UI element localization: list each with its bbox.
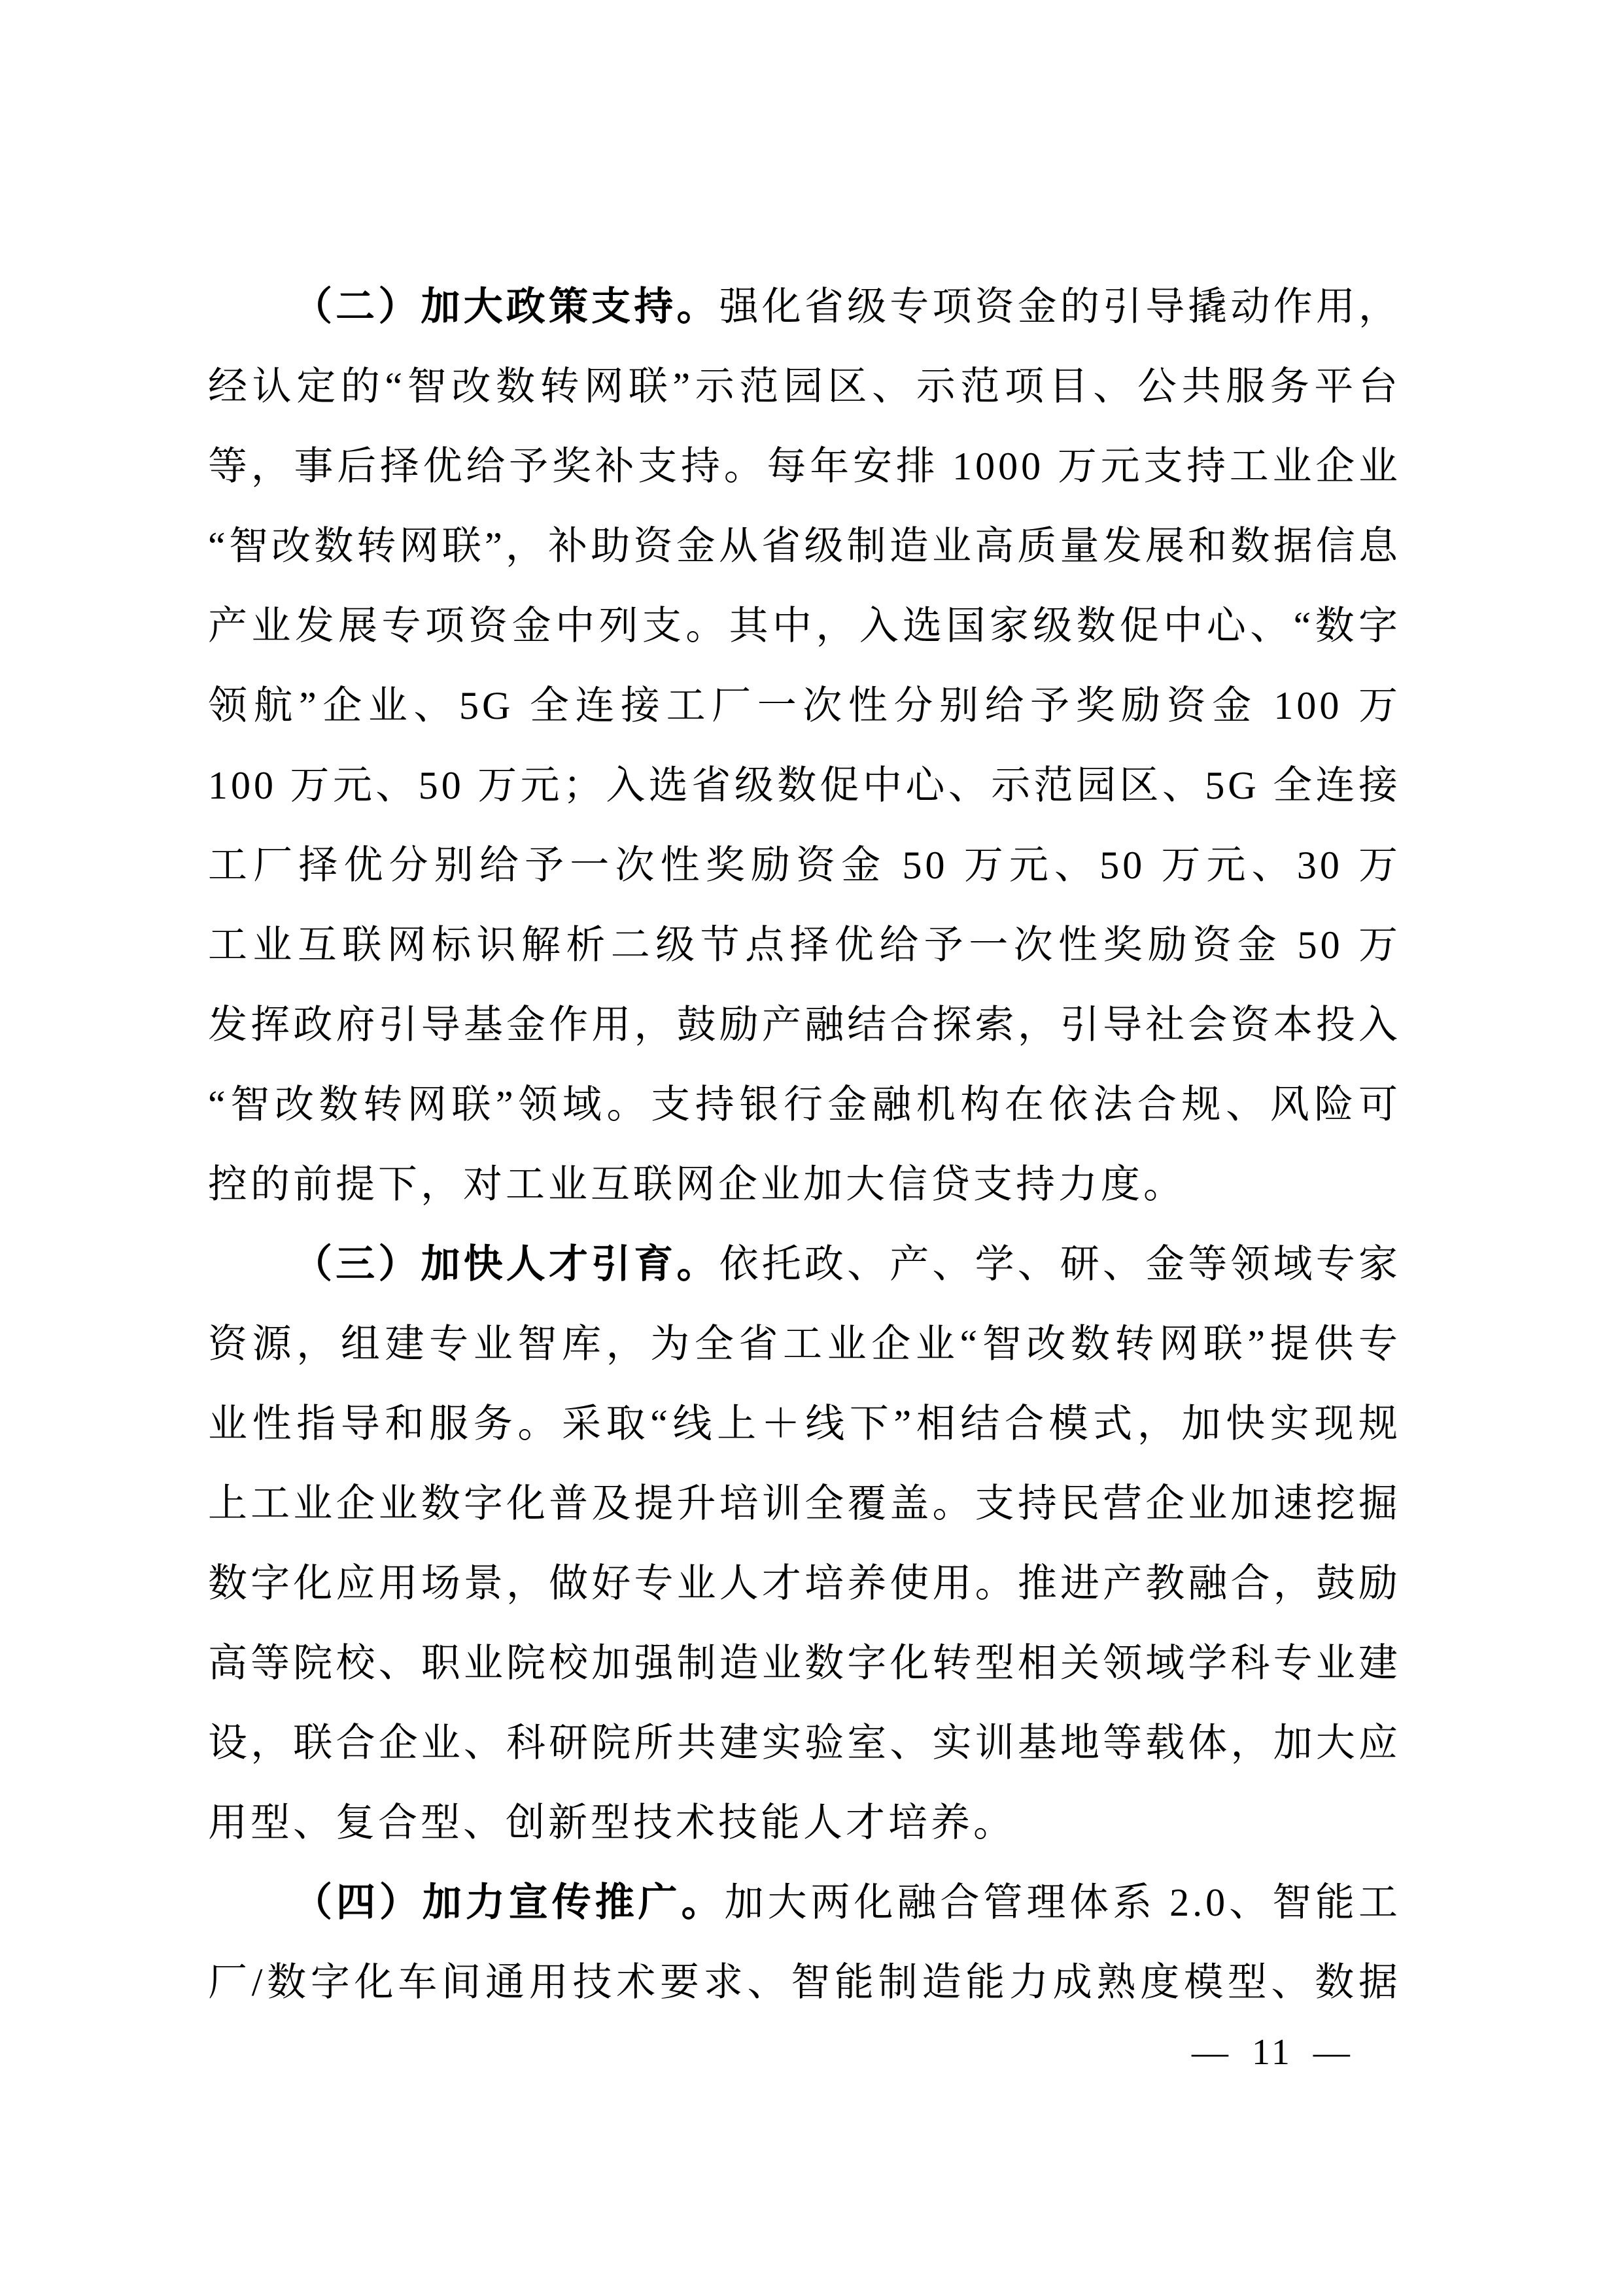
text-line: 100 万元、50 万元；入选省级数促中心、示范园区、5G 全连接: [208, 746, 1401, 825]
line-text: 等，事后择优给予奖补支持。每年安排 1000 万元支持工业企业: [208, 445, 1401, 488]
line-text: 发挥政府引导基金作用，鼓励产融结合探索，引导社会资本投入: [208, 1003, 1401, 1046]
line-text: 控的前提下，对工业互联网企业加大信贷支持力度。: [208, 1163, 1186, 1206]
line-text: 业性指导和服务。采取“线上＋线下”相结合模式，加快实现规: [208, 1402, 1401, 1445]
text-line: 资源，组建专业智库，为全省工业企业“智改数转网联”提供专: [208, 1304, 1401, 1384]
section-heading: （二）加大政策支持。: [293, 285, 719, 328]
line-text: 领航”企业、5G 全连接工厂一次性分别给予奖励资金 100 万元、: [208, 684, 1401, 746]
line-text: “智改数转网联”领域。支持银行金融机构在依法合规、风险可: [208, 1083, 1401, 1126]
page-number: — 11 —: [1192, 2031, 1353, 2073]
text-line: 工业互联网标识解析二级节点择优给予一次性奖励资金 50 万元。: [208, 905, 1401, 985]
text-line: （三）加快人才引育。依托政、产、学、研、金等领域专家: [208, 1224, 1401, 1304]
text-line: 发挥政府引导基金作用，鼓励产融结合探索，引导社会资本投入: [208, 985, 1401, 1065]
text-line: 上工业企业数字化普及提升培训全覆盖。支持民营企业加速挖掘: [208, 1464, 1401, 1544]
text-line: 领航”企业、5G 全连接工厂一次性分别给予奖励资金 100 万元、: [208, 666, 1401, 746]
body-text: （二）加大政策支持。强化省级专项资金的引导撬动作用， 经认定的“智改数转网联”示…: [208, 267, 1401, 2022]
line-text: 100 万元、50 万元；入选省级数促中心、示范园区、5G 全连接: [208, 764, 1401, 807]
text-line: 数字化应用场景，做好专业人才培养使用。推进产教融合，鼓励: [208, 1544, 1401, 1623]
line-text: 上工业企业数字化普及提升培训全覆盖。支持民营企业加速挖掘: [208, 1482, 1401, 1525]
line-text: 数字化应用场景，做好专业人才培养使用。推进产教融合，鼓励: [208, 1562, 1401, 1605]
text-line: 设，联合企业、科研院所共建实验室、实训基地等载体，加大应: [208, 1703, 1401, 1783]
text-line: 经认定的“智改数转网联”示范园区、示范项目、公共服务平台: [208, 347, 1401, 426]
text-line: 工厂择优分别给予一次性奖励资金 50 万元、50 万元、30 万元；: [208, 825, 1401, 905]
text-line: 控的前提下，对工业互联网企业加大信贷支持力度。: [208, 1145, 1401, 1224]
line-text: 加大两化融合管理体系 2.0、智能工: [725, 1881, 1401, 1924]
section-heading: （三）加快人才引育。: [293, 1243, 719, 1286]
text-line: 产业发展专项资金中列支。其中，入选国家级数促中心、“数字: [208, 586, 1401, 666]
line-text: 设，联合企业、科研院所共建实验室、实训基地等载体，加大应: [208, 1721, 1401, 1765]
text-line: “智改数转网联”，补助资金从省级制造业高质量发展和数据信息: [208, 506, 1401, 586]
text-line: 业性指导和服务。采取“线上＋线下”相结合模式，加快实现规: [208, 1384, 1401, 1464]
text-line: 用型、复合型、创新型技术技能人才培养。: [208, 1783, 1401, 1863]
line-text: 厂/数字化车间通用技术要求、智能制造能力成熟度模型、数据: [208, 1961, 1401, 2004]
line-text: 资源，组建专业智库，为全省工业企业“智改数转网联”提供专: [208, 1322, 1401, 1366]
line-text: “智改数转网联”，补助资金从省级制造业高质量发展和数据信息: [208, 525, 1401, 568]
section-heading: （四）加力宣传推广。: [293, 1881, 725, 1924]
document-page: （二）加大政策支持。强化省级专项资金的引导撬动作用， 经认定的“智改数转网联”示…: [0, 0, 1624, 2295]
text-line: 厂/数字化车间通用技术要求、智能制造能力成熟度模型、数据: [208, 1942, 1401, 2022]
text-line: 高等院校、职业院校加强制造业数字化转型相关领域学科专业建: [208, 1623, 1401, 1703]
text-line: “智改数转网联”领域。支持银行金融机构在依法合规、风险可: [208, 1065, 1401, 1145]
text-line: 等，事后择优给予奖补支持。每年安排 1000 万元支持工业企业: [208, 426, 1401, 506]
line-text: 强化省级专项资金的引导撬动作用，: [719, 285, 1401, 328]
line-text: 工厂择优分别给予一次性奖励资金 50 万元、50 万元、30 万元；: [208, 844, 1401, 905]
text-line: （二）加大政策支持。强化省级专项资金的引导撬动作用，: [208, 267, 1401, 347]
text-line: （四）加力宣传推广。加大两化融合管理体系 2.0、智能工: [208, 1863, 1401, 1942]
line-text: 高等院校、职业院校加强制造业数字化转型相关领域学科专业建: [208, 1642, 1401, 1685]
line-text: 依托政、产、学、研、金等领域专家: [719, 1243, 1401, 1286]
line-text: 用型、复合型、创新型技术技能人才培养。: [208, 1801, 1016, 1844]
line-text: 经认定的“智改数转网联”示范园区、示范项目、公共服务平台: [208, 365, 1401, 408]
line-text: 产业发展专项资金中列支。其中，入选国家级数促中心、“数字: [208, 604, 1401, 647]
line-text: 工业互联网标识解析二级节点择优给予一次性奖励资金 50 万元。: [208, 923, 1401, 985]
